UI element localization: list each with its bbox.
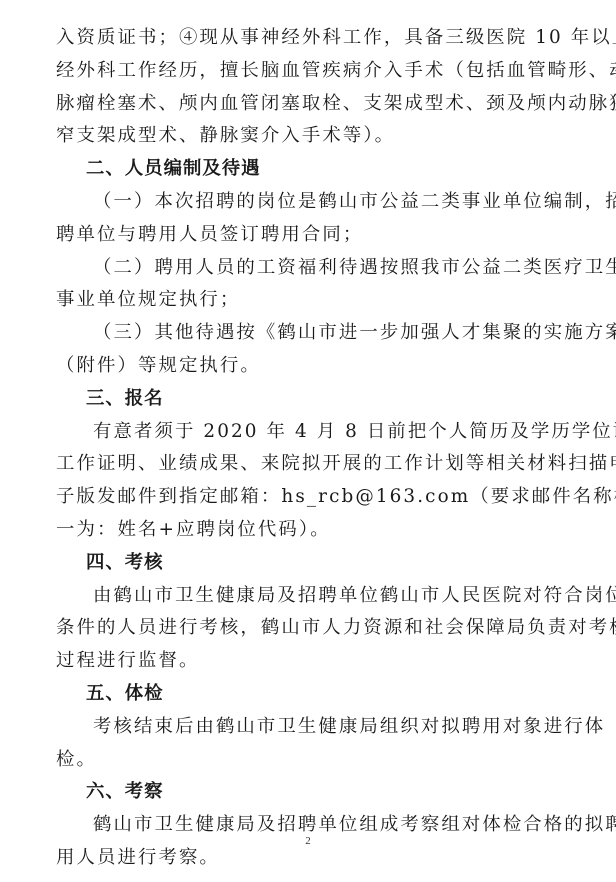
section-heading-assessment: 四、考核 <box>56 547 562 580</box>
text-line-email: 子版发邮件到指定邮箱：hs_rcb@163.com（要求邮件名称格式统 <box>56 481 562 514</box>
section-heading-medical-exam: 五、体检 <box>56 678 562 711</box>
text-line: 条件的人员进行考核，鹤山市人力资源和社会保障局负责对考核 <box>56 612 562 645</box>
text-line: 经外科工作经历，擅长脑血管疾病介入手术（包括血管畸形、动 <box>56 55 562 88</box>
text-line: 工作证明、业绩成果、来院拟开展的工作计划等相关材料扫描电 <box>56 448 562 481</box>
text-line: （附件）等规定执行。 <box>56 350 562 383</box>
text-line: 过程进行监督。 <box>56 645 562 678</box>
text-line: （三）其他待遇按《鹤山市进一步加强人才集聚的实施方案》 <box>56 317 562 350</box>
section-heading-inspection: 六、考察 <box>56 776 562 809</box>
text-line: （二）聘用人员的工资福利待遇按照我市公益二类医疗卫生 <box>56 252 562 285</box>
text-line: 脉瘤栓塞术、颅内血管闭塞取栓、支架成型术、颈及颅内动脉狭 <box>56 88 562 121</box>
document-page: 入资质证书；④现从事神经外科工作，具备三级医院 10 年以上神 经外科工作经历，… <box>56 22 562 875</box>
text-line: 考核结束后由鹤山市卫生健康局组织对拟聘用对象进行体 <box>56 711 562 744</box>
text-line: 事业单位规定执行； <box>56 284 562 317</box>
text-line: 入资质证书；④现从事神经外科工作，具备三级医院 10 年以上神 <box>56 22 562 55</box>
text-line: 聘单位与聘用人员签订聘用合同； <box>56 219 562 252</box>
text-line: 由鹤山市卫生健康局及招聘单位鹤山市人民医院对符合岗位 <box>56 580 562 613</box>
text-line: 一为：姓名+应聘岗位代码）。 <box>56 514 562 547</box>
text-line: 窄支架成型术、静脉窦介入手术等）。 <box>56 120 562 153</box>
text-line: 有意者须于 2020 年 4 月 8 日前把个人简历及学历学位证明、 <box>56 416 562 449</box>
text-line: （一）本次招聘的岗位是鹤山市公益二类事业单位编制，招 <box>56 186 562 219</box>
section-heading-registration: 三、报名 <box>56 383 562 416</box>
section-heading-staffing: 二、人员编制及待遇 <box>56 153 562 186</box>
text-line: 检。 <box>56 744 562 777</box>
page-number: 2 <box>0 835 616 847</box>
